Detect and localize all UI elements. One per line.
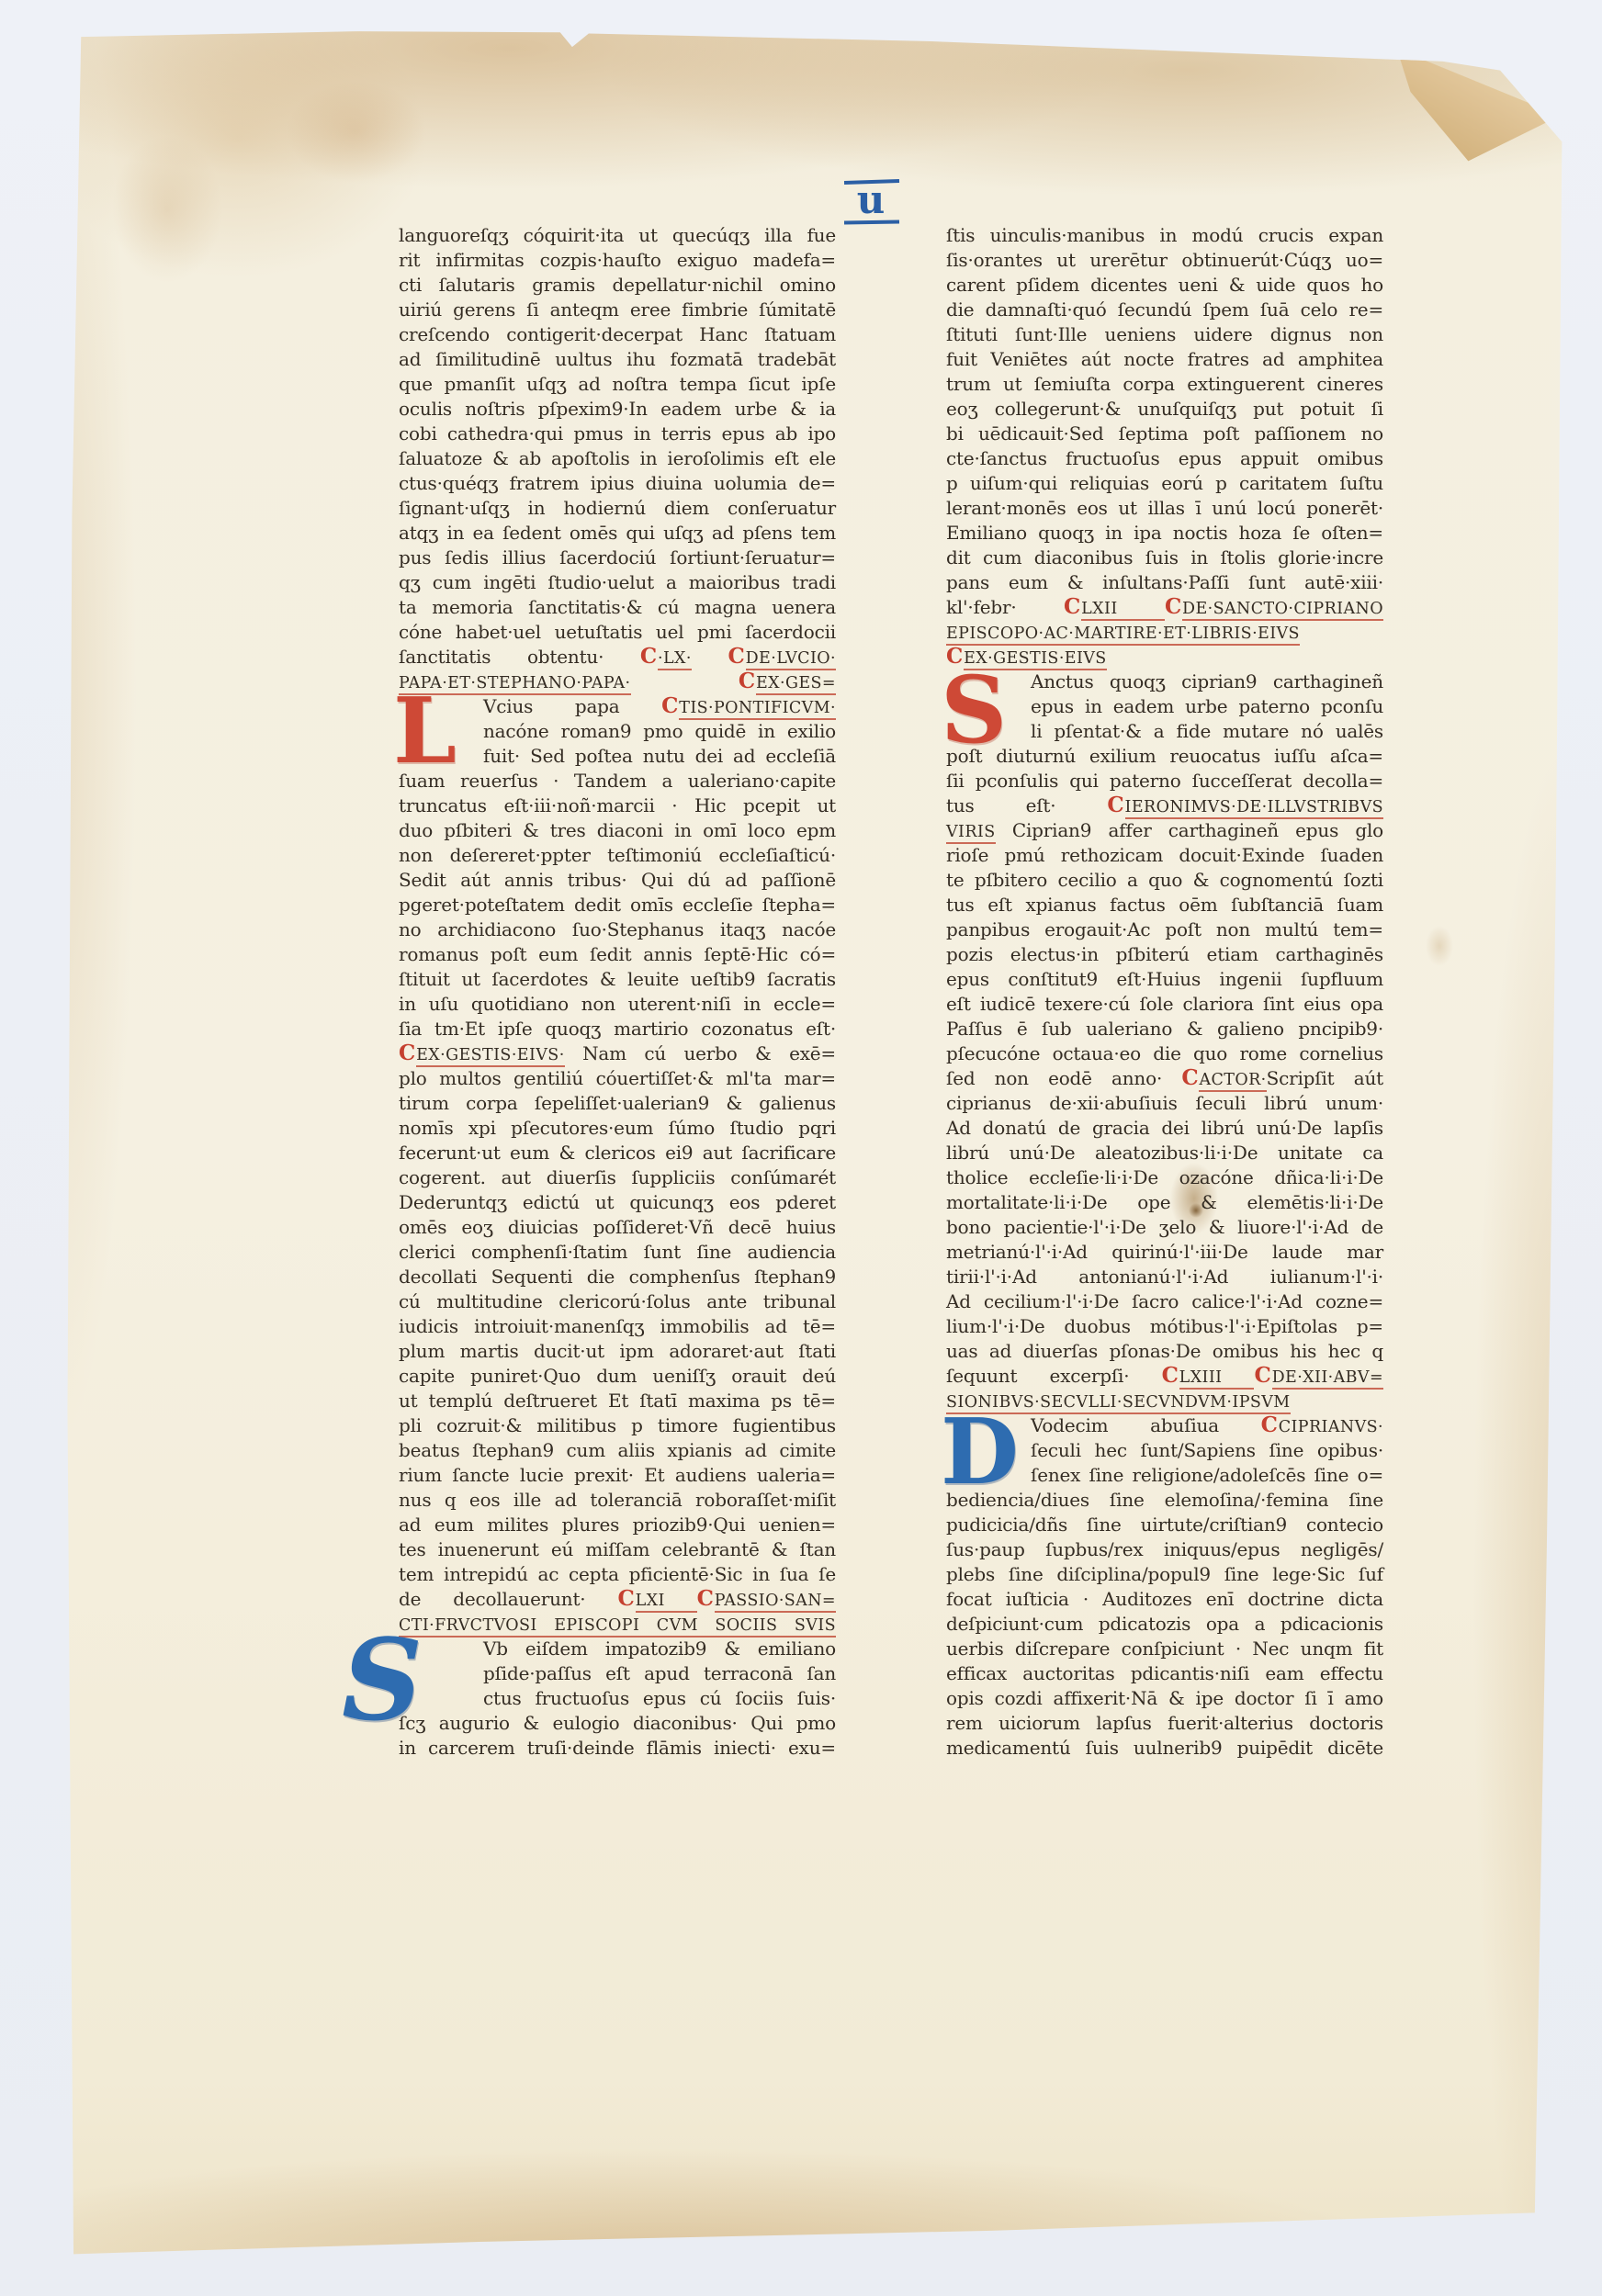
text-line: die damnaſti·quó ſecundú ſpem ſuā celo r… xyxy=(946,298,1383,322)
text-line: ſanctitatis obtentu· C·LX· CDE·LVCIO· xyxy=(399,645,836,670)
text-line: ſaluatoze & ab apoſtolis in ieroſolimis … xyxy=(399,446,836,471)
text-line: qʒ cum ingēti ſtudio·uelut a maioribus t… xyxy=(399,570,836,595)
text-line: ctus fructuoſus epus cú ſociis ſuis· xyxy=(399,1686,836,1711)
text-line: oculis noſtris pſpexim9·In eadem urbe & … xyxy=(399,397,836,422)
text-line: que pmanſit uſqʒ ad noſtra tempa ſicut i… xyxy=(399,372,836,397)
text-segment: in carcerem truſi·deinde flāmis iniecti·… xyxy=(399,1737,836,1759)
text-segment: LXIII xyxy=(1179,1368,1255,1390)
text-segment: lium·l'·i·De duobus mótibus·l'·i·Epiſtol… xyxy=(946,1315,1383,1337)
text-line: tholice eccleſie·li·i·De ozacóne dñica·l… xyxy=(946,1165,1383,1190)
text-segment: cóne habet·uel uetuſtatis uel pmi ſacerd… xyxy=(399,621,836,643)
text-segment: ta memoria ſanctitatis·& cú magna uenera xyxy=(399,596,836,618)
text-line: rioſe pmú rethozicam docuit·Exinde ſuade… xyxy=(946,843,1383,868)
text-line: ſignant·uſqʒ in hodiernú diem conſeruatu… xyxy=(399,496,836,521)
capitulum-mark: C xyxy=(661,693,679,718)
text-segment: ſequunt excerpſi· xyxy=(946,1365,1162,1387)
text-segment: cú multitudine clericorú·ſolus ante trib… xyxy=(399,1290,836,1312)
text-line: ſtituit ut ſacerdotes & leuite ueſtib9 ſ… xyxy=(399,967,836,992)
text-line: te pſbitero cecilio a quo & cognomentú ſ… xyxy=(946,868,1383,893)
text-segment: rit infirmitas cozpis·hauſto exiguo made… xyxy=(399,249,836,271)
text-line: romanus poſt eum ſedit annis ſeptē·Hic c… xyxy=(399,942,836,967)
initial-paragraph: DVodecim abuſiua CCIPRIANVS·ſeculi hec ſ… xyxy=(946,1413,1383,1488)
text-segment: eoʒ collegerunt·& unuſquiſqʒ put potuit … xyxy=(946,398,1383,420)
text-column-right: ſtis uinculis·manibus in modú crucis exp… xyxy=(946,223,1383,1761)
text-segment: uiriú gerens ſi anteqm eree fimbrie ſúmi… xyxy=(399,298,836,321)
text-segment: ſtituit ut ſacerdotes & leuite ueſtib9 ſ… xyxy=(399,968,836,990)
initial-paragraph: SAnctus quoqʒ ciprian9 carthagineñepus i… xyxy=(946,670,1383,744)
text-segment: ciprianus de·xii·abuſiuis ſeculi librú u… xyxy=(946,1092,1383,1114)
manuscript-leaf: u languoreſqʒ cóquirit·ita ut quecúqʒ il… xyxy=(57,26,1563,2257)
text-line: lium·l'·i·De duobus mótibus·l'·i·Epiſtol… xyxy=(946,1314,1383,1339)
text-line: omēs eoʒ diuicias poſſideret·Vñ decē hui… xyxy=(399,1215,836,1240)
text-line: pozis electus·in pſbiterú etiam carthagi… xyxy=(946,942,1383,967)
text-line: languoreſqʒ cóquirit·ita ut quecúqʒ illa… xyxy=(399,223,836,248)
text-line: Sedit aút annis tribus· Qui dú ad paſſio… xyxy=(399,868,836,893)
text-line: lerant·monēs eos ut illas ī unú locú pon… xyxy=(946,496,1383,521)
text-segment: clerici comphenſi·ſtatim ſunt ſine audie… xyxy=(399,1241,836,1263)
text-line: Vcius papa CTIS·PONTIFICVM· xyxy=(399,694,836,719)
text-line: eſt iudicē texere·cú ſole clariora ſint … xyxy=(946,992,1383,1017)
text-segment: nus q eos ille ad toleranciā roboraſſet·… xyxy=(399,1489,836,1511)
text-segment: Anctus quoqʒ ciprian9 carthagineñ xyxy=(1031,670,1383,692)
text-line: cte·ſanctus fructuoſus epus appuit omibu… xyxy=(946,446,1383,471)
text-segment: ad eum milites plures priozib9·Qui uenie… xyxy=(399,1514,836,1536)
text-segment: Ad cecilium·l'·i·De ſacro calice·l'·i·Ad… xyxy=(946,1290,1383,1312)
text-segment: non deſereret·ppter teſtimoniú eccleſiaſ… xyxy=(399,844,836,866)
text-segment: ſeculi hec ſunt/Sapiens ſine opibus· xyxy=(1031,1439,1383,1461)
capitulum-mark: C xyxy=(728,644,746,669)
text-segment: Scripſit aút xyxy=(1267,1067,1383,1089)
text-segment: EX·GESTIS·EIVS· xyxy=(416,1046,565,1067)
capitulum-mark: C xyxy=(1261,1412,1279,1437)
text-line: decollati Sequenti die comphenſus ſtepha… xyxy=(399,1265,836,1289)
text-line: epus conſtitut9 eſt·Huius ingenii ſupflu… xyxy=(946,967,1383,992)
text-line: tirum corpa ſepeliſſet·ualerian9 & galie… xyxy=(399,1091,836,1116)
capitulum-mark: C xyxy=(1254,1363,1271,1388)
text-segment: ſii pconſulis qui paterno ſucceſſerat de… xyxy=(946,770,1383,792)
text-segment: ad ſimilitudinē uultus ihu fozmatā trade… xyxy=(399,348,836,370)
text-segment: truncatus eſt·iii·noñ·marcii · Hic pcepi… xyxy=(399,794,836,816)
text-segment: panpibus erogauit·Ac poſt non multú tem= xyxy=(946,918,1383,940)
text-segment: EPISCOPO·AC·MARTIRE·ET·LIBRIS·EIVS xyxy=(946,625,1300,646)
text-line: uerbis diſcrepare conſpiciunt · Nec unqm… xyxy=(946,1637,1383,1661)
text-segment: pus ſedis illius ſacerdociú ſortiunt·ſer… xyxy=(399,546,836,568)
text-segment: tirii·l'·i·Ad antonianú·l'·i·Ad iulianum… xyxy=(946,1266,1383,1288)
text-segment: uas ad diuerſas pſonas·De omibus his hec… xyxy=(946,1340,1383,1362)
text-segment: PASSIO·SAN= xyxy=(715,1592,836,1613)
text-segment: tes inuenerunt eú miſſam celebrantē & ſt… xyxy=(399,1538,836,1560)
text-line: ſtituti ſunt·Ille ueniens uidere dignus … xyxy=(946,322,1383,347)
text-line: cogerent. aut diuerſis ſuppliciis conſúm… xyxy=(399,1165,836,1190)
text-segment: rium ſancte lucie prexit· Et audiens ual… xyxy=(399,1464,836,1486)
text-segment: pſide·paſſus eſt apud terraconā ſan xyxy=(483,1662,836,1684)
text-segment: pſecucóne octaua·eo die quo rome corneli… xyxy=(946,1042,1383,1064)
text-segment: TIS·PONTIFICVM· xyxy=(679,699,836,720)
text-line: plebs ſine diſciplina/popul9 ſine lege·S… xyxy=(946,1562,1383,1587)
text-line: cobi cathedra·qui pmus in terris epus ab… xyxy=(399,422,836,446)
text-line: mortalitate·li·i·De ope & elemētis·li·i·… xyxy=(946,1190,1383,1215)
capitulum-mark: C xyxy=(739,669,756,693)
text-line: non deſereret·ppter teſtimoniú eccleſiaſ… xyxy=(399,843,836,868)
text-line: cú multitudine clericorú·ſolus ante trib… xyxy=(399,1289,836,1314)
text-line: Dederuntqʒ edictú ut quicunqʒ eos pderet xyxy=(399,1190,836,1215)
text-segment: uerbis diſcrepare conſpiciunt · Nec unqm… xyxy=(946,1638,1383,1660)
text-line: creſcendo contigerit·decerpat Hanc ſtatu… xyxy=(399,322,836,347)
text-segment: tus eſt xpianus factus oēm ſubſtanciā ſu… xyxy=(946,894,1383,916)
text-segment: lerant·monēs eos ut illas ī unú locú pon… xyxy=(946,497,1383,519)
text-segment: pli cozruit·& militibus p timore fugient… xyxy=(399,1414,836,1436)
text-segment: p uiſum·qui reliquias eorú p caritatem ſ… xyxy=(946,472,1383,494)
capitulum-mark: C xyxy=(1165,594,1182,619)
text-line: tes inuenerunt eú miſſam celebrantē & ſt… xyxy=(399,1537,836,1562)
text-segment: LXI xyxy=(636,1592,697,1613)
text-line: epus in eadem urbe paterno pconſu xyxy=(946,694,1383,719)
text-line: CTI·FRVCTVOSI EPISCOPI CVM SOCIIS SVIS xyxy=(399,1612,836,1637)
text-line: Emiliano quoqʒ in ipa noctis hoza ſe oſt… xyxy=(946,521,1383,546)
text-line: capite puniret·Quo dum ueniſſʒ orauit de… xyxy=(399,1364,836,1389)
text-line: Ad donatú de gracia dei librú unú·De lap… xyxy=(946,1116,1383,1141)
text-segment: DE·XII·ABV= xyxy=(1272,1368,1383,1390)
text-line: ciprianus de·xii·abuſiuis ſeculi librú u… xyxy=(946,1091,1383,1116)
text-segment: li pſentat·& a fide mutare nó ualēs xyxy=(1031,720,1383,742)
text-segment: atqʒ in ea ſedent omēs qui uſqʒ ad pſens… xyxy=(399,522,836,544)
text-line: pſide·paſſus eſt apud terraconā ſan xyxy=(399,1661,836,1686)
illuminated-initial-l: L xyxy=(393,687,457,777)
text-segment: CIPRIANVS· xyxy=(1279,1418,1383,1436)
text-line: no archidiacono ſuo·Stephanus itaqʒ nacó… xyxy=(399,917,836,942)
text-line: trum ut ſemiuſta corpa extinguerent cine… xyxy=(946,372,1383,397)
text-segment: in uſu quotidiano non uterent·niſi in ec… xyxy=(399,993,836,1015)
text-segment: pozis electus·in pſbiterú etiam carthagi… xyxy=(946,943,1383,965)
text-line: EPISCOPO·AC·MARTIRE·ET·LIBRIS·EIVS xyxy=(946,620,1383,645)
text-line: rem uiciorum lapſus fuerit·alterius doct… xyxy=(946,1711,1383,1736)
text-line: tem intrepidú ac cepta pficientē·Sic in … xyxy=(399,1562,836,1587)
text-segment: fuit Veniētes aút nocte fratres ad amphi… xyxy=(946,348,1383,370)
text-segment: iudicis introiuit·manenſqʒ immobilis ad … xyxy=(399,1315,836,1337)
text-segment: fuit· Sed poſtea nutu dei ad eccleſiā xyxy=(483,745,836,767)
text-line: ſia tm·Et ipſe quoqʒ martirio cozonatus … xyxy=(399,1017,836,1041)
text-line: ad ſimilitudinē uultus ihu fozmatā trade… xyxy=(399,347,836,372)
text-line: duo pſbiteri & tres diaconi in omī loco … xyxy=(399,818,836,843)
text-line: fecerunt·ut eum & clericos ei9 aut ſacri… xyxy=(399,1141,836,1165)
text-line: ctus·quéqʒ fratrem ipius diuina uolumia … xyxy=(399,471,836,496)
text-line: ſequunt excerpſi· CLXIII CDE·XII·ABV= xyxy=(946,1364,1383,1389)
text-segment: metrianú·l'·i·Ad quirinú·l'·iii·De laude… xyxy=(946,1241,1383,1263)
text-line: nus q eos ille ad toleranciā roboraſſet·… xyxy=(399,1488,836,1513)
text-line: ſed non eodē anno· CACTOR·Scripſit aút xyxy=(946,1066,1383,1091)
text-segment: opis cozdi affixerit·Nā & ipe doctor ſi … xyxy=(946,1687,1383,1709)
text-segment: que pmanſit uſqʒ ad noſtra tempa ſicut i… xyxy=(399,373,836,395)
text-segment xyxy=(631,670,739,692)
text-line: panpibus erogauit·Ac poſt non multú tem= xyxy=(946,917,1383,942)
text-segment: tem intrepidú ac cepta pficientē·Sic in … xyxy=(399,1563,836,1585)
illuminated-initial-s: S xyxy=(941,664,1007,756)
text-segment: efficax auctoritas pdicantis·niſi eam ef… xyxy=(946,1662,1383,1684)
text-segment: cobi cathedra·qui pmus in terris epus ab… xyxy=(399,422,836,445)
text-line: eoʒ collegerunt·& unuſquiſqʒ put potuit … xyxy=(946,397,1383,422)
text-segment: EX·GES= xyxy=(756,674,836,695)
text-line: pgeret·poteſtatem dedit omīs eccleſie ſt… xyxy=(399,893,836,917)
text-line: fuit Veniētes aút nocte fratres ad amphi… xyxy=(946,347,1383,372)
text-line: bono pacientie·l'·i·De ʒelo & liuore·l'·… xyxy=(946,1215,1383,1240)
text-line: librú unú·De aleatozibus·li·i·De unitate… xyxy=(946,1141,1383,1165)
text-segment: tirum corpa ſepeliſſet·ualerian9 & galie… xyxy=(399,1092,836,1114)
text-segment: medicamentú ſuis uulnerib9 puipēdit dicē… xyxy=(946,1737,1383,1759)
text-line: ta memoria ſanctitatis·& cú magna uenera xyxy=(399,595,836,620)
text-line: truncatus eſt·iii·noñ·marcii · Hic pcepi… xyxy=(399,793,836,818)
text-segment: ſed non eodē anno· xyxy=(946,1067,1181,1089)
text-segment: VIRIS xyxy=(946,823,996,844)
text-line: cóne habet·uel uetuſtatis uel pmi ſacerd… xyxy=(399,620,836,645)
text-line: ſii pconſulis qui paterno ſucceſſerat de… xyxy=(946,769,1383,793)
text-line: medicamentú ſuis uulnerib9 puipēdit dicē… xyxy=(946,1736,1383,1761)
text-line: nomīs xpi pſecutores·eum ſúmo ſtudio pqr… xyxy=(399,1116,836,1141)
text-segment: capite puniret·Quo dum ueniſſʒ orauit de… xyxy=(399,1365,836,1387)
text-segment: ſanctitatis obtentu· xyxy=(399,646,640,668)
text-segment: romanus poſt eum ſedit annis ſeptē·Hic c… xyxy=(399,943,836,965)
text-line: tus eſt xpianus factus oēm ſubſtanciā ſu… xyxy=(946,893,1383,917)
text-segment: deſpiciunt·cum pdicatozis opa a pdicacio… xyxy=(946,1613,1383,1635)
text-line: pli cozruit·& militibus p timore fugient… xyxy=(399,1413,836,1438)
text-segment: ſenex ſine religione/adoleſcēs ſine o= xyxy=(1031,1464,1383,1486)
text-segment: Vodecim abuſiua xyxy=(1031,1414,1261,1436)
text-line: tirii·l'·i·Ad antonianú·l'·i·Ad iulianum… xyxy=(946,1265,1383,1289)
text-segment: qʒ cum ingēti ſtudio·uelut a maioribus t… xyxy=(399,571,836,593)
text-line: kl'·febr· CLXII CDE·SANCTO·CIPRIANO xyxy=(946,595,1383,620)
text-segment: Vcius papa xyxy=(483,695,661,717)
text-segment: cogerent. aut diuerſis ſuppliciis conſúm… xyxy=(399,1166,836,1188)
text-line: ſis·orantes ut urerētur obtinuerút·Cúqʒ … xyxy=(946,248,1383,273)
text-segment: LXII xyxy=(1081,600,1165,621)
text-segment: ·LX· xyxy=(658,649,692,670)
text-segment: Nam cú uerbo & exē= xyxy=(565,1042,836,1064)
text-segment: ſus·paup ſupbus/rex iniquus/epus negligē… xyxy=(946,1538,1383,1560)
text-line: pudicicia/dñs ſine uirtute/criſtian9 con… xyxy=(946,1513,1383,1537)
text-line: focat iuſticia · Auditozes enī doctrine … xyxy=(946,1587,1383,1612)
text-segment: ut templú deſtrueret Et ſtatī maxima ps … xyxy=(399,1390,836,1412)
foxing-stain xyxy=(287,81,424,182)
text-segment: ſaluatoze & ab apoſtolis in ieroſolimis … xyxy=(399,447,836,469)
text-segment: tus eſt· xyxy=(946,794,1107,816)
text-line: tus eſt· CIERONIMVS·DE·ILLVSTRIBVS xyxy=(946,793,1383,818)
text-segment: IERONIMVS·DE·ILLVSTRIBVS xyxy=(1125,798,1383,819)
quire-signature-mark: u xyxy=(847,178,895,226)
text-line: de decollauerunt· CLXI CPASSIO·SAN= xyxy=(399,1587,836,1612)
text-segment: ſia tm·Et ipſe quoqʒ martirio cozonatus … xyxy=(399,1018,836,1040)
text-line: uas ad diuerſas pſonas·De omibus his hec… xyxy=(946,1339,1383,1364)
text-line: ſus·paup ſupbus/rex iniquus/epus negligē… xyxy=(946,1537,1383,1562)
text-segment: Sedit aút annis tribus· Qui dú ad paſſio… xyxy=(399,869,836,891)
text-line: ſtis uinculis·manibus in modú crucis exp… xyxy=(946,223,1383,248)
text-line: PAPA·ET·STEPHANO·PAPA· CEX·GES= xyxy=(399,670,836,694)
text-segment: beatus ſtephan9 cum aliis xpianis ad cim… xyxy=(399,1439,836,1461)
text-line: carent pſidem dicentes ueni & uide quos … xyxy=(946,273,1383,298)
text-segment: Ad donatú de gracia dei librú unú·De lap… xyxy=(946,1117,1383,1139)
photo-background: u languoreſqʒ cóquirit·ita ut quecúqʒ il… xyxy=(0,0,1602,2296)
text-segment: plum martis ducit·ut ipm adoraret·aut ſt… xyxy=(399,1340,836,1362)
text-segment: poſt diuturnú exilium reuocatus iuſſu aſ… xyxy=(946,745,1383,767)
text-column-left: languoreſqʒ cóquirit·ita ut quecúqʒ illa… xyxy=(399,223,836,1761)
capitulum-mark: C xyxy=(697,1586,715,1611)
text-segment: creſcendo contigerit·decerpat Hanc ſtatu… xyxy=(399,323,836,345)
text-line: in uſu quotidiano non uterent·niſi in ec… xyxy=(399,992,836,1017)
text-line: plo multos gentiliú cóuertiſſet·& ml'ta … xyxy=(399,1066,836,1091)
foxing-stain xyxy=(1426,926,1453,966)
text-segment: librú unú·De aleatozibus·li·i·De unitate… xyxy=(946,1142,1383,1164)
text-segment: ſuam reuerſus · Tandem a ualeriano·capit… xyxy=(399,770,836,792)
text-line: dit cum diaconibus ſuis in ſtolis glorie… xyxy=(946,546,1383,570)
text-line: atqʒ in ea ſedent omēs qui uſqʒ ad pſens… xyxy=(399,521,836,546)
text-segment: bono pacientie·l'·i·De ʒelo & liuore·l'·… xyxy=(946,1216,1383,1238)
capitulum-mark: C xyxy=(399,1041,416,1065)
text-segment: pudicicia/dñs ſine uirtute/criſtian9 con… xyxy=(946,1514,1383,1536)
text-segment: Vb eiſdem impatozib9 & emiliano xyxy=(483,1638,836,1660)
text-line: bi uēdicauit·Sed ſeptima poſt paſſionem … xyxy=(946,422,1383,446)
text-line: Paſſus ē ſub ualeriano & galieno pncipib… xyxy=(946,1017,1383,1041)
text-segment: cti ſalutaris gramis depellatur·nichil o… xyxy=(399,274,836,296)
illuminated-initial-s: S xyxy=(342,1624,423,1736)
text-line: pſecucóne octaua·eo die quo rome corneli… xyxy=(946,1041,1383,1066)
text-segment: te pſbitero cecilio a quo & cognomentú ſ… xyxy=(946,869,1383,891)
text-line: VIRIS Ciprian9 affer carthagineñ epus gl… xyxy=(946,818,1383,843)
text-segment: pgeret·poteſtatem dedit omīs eccleſie ſt… xyxy=(399,894,836,916)
text-segment: kl'·febr· xyxy=(946,596,1064,618)
text-line: Anctus quoqʒ ciprian9 carthagineñ xyxy=(946,670,1383,694)
text-line: poſt diuturnú exilium reuocatus iuſſu aſ… xyxy=(946,744,1383,769)
text-segment xyxy=(692,646,728,668)
text-line: ſuam reuerſus · Tandem a ualeriano·capit… xyxy=(399,769,836,793)
capitulum-mark: C xyxy=(1181,1065,1199,1090)
text-segment: ſignant·uſqʒ in hodiernú diem conſeruatu… xyxy=(399,497,836,519)
text-segment: ſis·orantes ut urerētur obtinuerút·Cúqʒ … xyxy=(946,249,1383,271)
text-segment: Ciprian9 affer carthagineñ epus glo xyxy=(996,819,1383,841)
text-segment: dit cum diaconibus ſuis in ſtolis glorie… xyxy=(946,546,1383,568)
text-segment: decollati Sequenti die comphenſus ſtepha… xyxy=(399,1266,836,1288)
text-line: opis cozdi affixerit·Nā & ipe doctor ſi … xyxy=(946,1686,1383,1711)
text-segment: mortalitate·li·i·De ope & elemētis·li·i·… xyxy=(946,1191,1383,1213)
text-segment: no archidiacono ſuo·Stephanus itaqʒ nacó… xyxy=(399,918,836,940)
text-line: CEX·GESTIS·EIVS· Nam cú uerbo & exē= xyxy=(399,1041,836,1066)
text-segment: CTI·FRVCTVOSI EPISCOPI CVM SOCIIS SVIS xyxy=(399,1616,836,1638)
text-segment: rem uiciorum lapſus fuerit·alterius doct… xyxy=(946,1712,1383,1734)
text-segment: fecerunt·ut eum & clericos ei9 aut ſacri… xyxy=(399,1142,836,1164)
text-line: fuit· Sed poſtea nutu dei ad eccleſiā xyxy=(399,744,836,769)
text-line: pans eum & inſultans·Paſſi ſunt autē·xii… xyxy=(946,570,1383,595)
capitulum-mark: C xyxy=(1162,1363,1179,1388)
text-line: metrianú·l'·i·Ad quirinú·l'·iii·De laude… xyxy=(946,1240,1383,1265)
text-line: iudicis introiuit·manenſqʒ immobilis ad … xyxy=(399,1314,836,1339)
text-line: ad eum milites plures priozib9·Qui uenie… xyxy=(399,1513,836,1537)
text-segment: rioſe pmú rethozicam docuit·Exinde ſuade… xyxy=(946,844,1383,866)
initial-paragraph: SVb eiſdem impatozib9 & emilianopſide·pa… xyxy=(399,1637,836,1711)
text-line: li pſentat·& a fide mutare nó ualēs xyxy=(946,719,1383,744)
text-segment: DE·LVCIO· xyxy=(746,649,836,670)
text-line: in carcerem truſi·deinde flāmis iniecti·… xyxy=(399,1736,836,1761)
text-segment: duo pſbiteri & tres diaconi in omī loco … xyxy=(399,819,836,841)
text-line: CEX·GESTIS·EIVS xyxy=(946,645,1383,670)
text-segment: Emiliano quoqʒ in ipa noctis hoza ſe oſt… xyxy=(946,522,1383,544)
text-segment: ACTOR· xyxy=(1199,1071,1266,1092)
text-line: Vb eiſdem impatozib9 & emiliano xyxy=(399,1637,836,1661)
text-segment: omēs eoʒ diuicias poſſideret·Vñ decē hui… xyxy=(399,1216,836,1238)
capitulum-mark: C xyxy=(640,644,658,669)
text-line: deſpiciunt·cum pdicatozis opa a pdicacio… xyxy=(946,1612,1383,1637)
text-line: pus ſedis illius ſacerdociú ſortiunt·ſer… xyxy=(399,546,836,570)
foxing-stain xyxy=(112,136,222,283)
text-segment: Paſſus ē ſub ualeriano & galieno pncipib… xyxy=(946,1018,1383,1040)
text-segment: bi uēdicauit·Sed ſeptima poſt paſſionem … xyxy=(946,422,1383,445)
text-segment: die damnaſti·quó ſecundú ſpem ſuā celo r… xyxy=(946,298,1383,321)
text-segment: DE·SANCTO·CIPRIANO xyxy=(1182,600,1383,621)
text-segment: plo multos gentiliú cóuertiſſet·& ml'ta … xyxy=(399,1067,836,1089)
text-segment: ſtituti ſunt·Ille ueniens uidere dignus … xyxy=(946,323,1383,345)
text-segment: oculis noſtris pſpexim9·In eadem urbe & … xyxy=(399,398,836,420)
text-segment: languoreſqʒ cóquirit·ita ut quecúqʒ illa… xyxy=(399,224,836,246)
text-segment: pans eum & inſultans·Paſſi ſunt autē·xii… xyxy=(946,571,1383,593)
text-segment: epus conſtitut9 eſt·Huius ingenii ſupflu… xyxy=(946,968,1383,990)
text-line: cti ſalutaris gramis depellatur·nichil o… xyxy=(399,273,836,298)
text-segment: nacóne roman9 pmo quidē in exilio xyxy=(483,720,836,742)
text-segment: ſcʒ augurio & eulogio diaconibus· Qui pm… xyxy=(399,1712,836,1734)
text-segment: nomīs xpi pſecutores·eum ſúmo ſtudio pqr… xyxy=(399,1117,836,1139)
text-segment: cte·ſanctus fructuoſus epus appuit omibu… xyxy=(946,447,1383,469)
text-segment: focat iuſticia · Auditozes enī doctrine … xyxy=(946,1588,1383,1610)
text-segment: ctus·quéqʒ fratrem ipius diuina uolumia … xyxy=(399,472,836,494)
illuminated-initial-d: D xyxy=(941,1408,1019,1498)
text-segment: plebs ſine diſciplina/popul9 ſine lege·S… xyxy=(946,1563,1383,1585)
text-segment: Dederuntqʒ edictú ut quicunqʒ eos pderet xyxy=(399,1191,836,1213)
text-line: ut templú deſtrueret Et ſtatī maxima ps … xyxy=(399,1389,836,1413)
text-line: ſcʒ augurio & eulogio diaconibus· Qui pm… xyxy=(399,1711,836,1736)
text-line: rit infirmitas cozpis·hauſto exiguo made… xyxy=(399,248,836,273)
capitulum-mark: C xyxy=(617,1586,635,1611)
text-line: p uiſum·qui reliquias eorú p caritatem ſ… xyxy=(946,471,1383,496)
folded-corner xyxy=(1393,44,1563,163)
text-line: beatus ſtephan9 cum aliis xpianis ad cim… xyxy=(399,1438,836,1463)
text-line: clerici comphenſi·ſtatim ſunt ſine audie… xyxy=(399,1240,836,1265)
text-segment: ctus fructuoſus epus cú ſociis ſuis· xyxy=(483,1687,836,1709)
capitulum-mark: C xyxy=(1107,793,1124,817)
text-line: plum martis ducit·ut ipm adoraret·aut ſt… xyxy=(399,1339,836,1364)
text-segment: tholice eccleſie·li·i·De ozacóne dñica·l… xyxy=(946,1166,1383,1188)
initial-paragraph: LVcius papa CTIS·PONTIFICVM·nacóne roman… xyxy=(399,694,836,769)
text-segment: de decollauerunt· xyxy=(399,1588,617,1610)
text-line: Ad cecilium·l'·i·De ſacro calice·l'·i·Ad… xyxy=(946,1289,1383,1314)
text-line: nacóne roman9 pmo quidē in exilio xyxy=(399,719,836,744)
capitulum-mark: C xyxy=(1064,594,1081,619)
text-segment: ſtis uinculis·manibus in modú crucis exp… xyxy=(946,224,1383,246)
text-segment: eſt iudicē texere·cú ſole clariora ſint … xyxy=(946,993,1383,1015)
text-segment: trum ut ſemiuſta corpa extinguerent cine… xyxy=(946,373,1383,395)
text-segment: carent pſidem dicentes ueni & uide quos … xyxy=(946,274,1383,296)
text-segment: epus in eadem urbe paterno pconſu xyxy=(1031,695,1383,717)
text-line: uiriú gerens ſi anteqm eree fimbrie ſúmi… xyxy=(399,298,836,322)
text-line: efficax auctoritas pdicantis·niſi eam ef… xyxy=(946,1661,1383,1686)
text-line: rium ſancte lucie prexit· Et audiens ual… xyxy=(399,1463,836,1488)
